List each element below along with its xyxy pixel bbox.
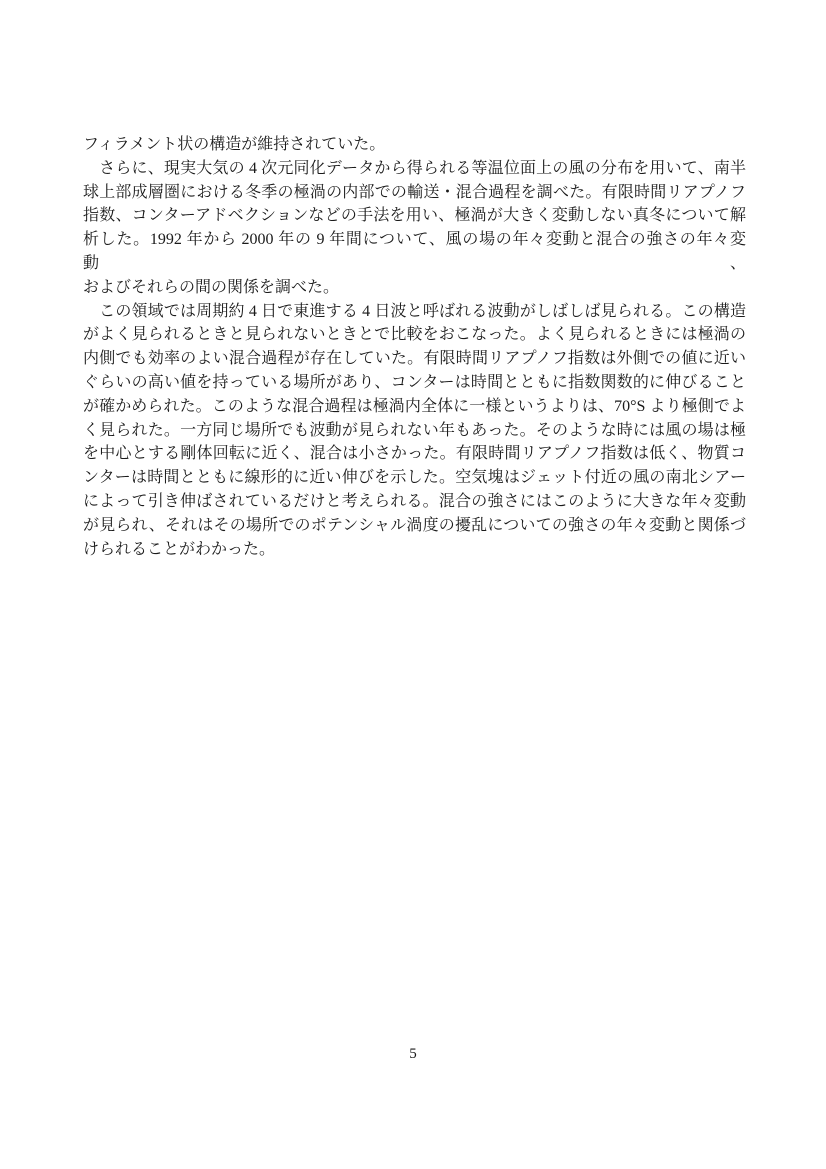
- text-line: 内側でも効率のよい混合過程が存在していた。有限時間リアプノフ指数は外側での値に近…: [83, 347, 746, 371]
- text-line: ンターは時間とともに線形的に近い伸びを示した。空気塊はジェット付近の風の南北シア…: [83, 466, 746, 490]
- page-number: 5: [0, 1044, 826, 1064]
- document-page: フィラメント状の構造が維持されていた。 さらに、現実大気の 4 次元同化データか…: [0, 0, 826, 1169]
- text-line: 球上部成層圏における冬季の極渦の内部での輸送・混合過程を調べた。有限時間リアプノ…: [83, 181, 746, 205]
- body-text: フィラメント状の構造が維持されていた。 さらに、現実大気の 4 次元同化データか…: [83, 133, 746, 561]
- text-line: けられることがわかった。: [83, 538, 746, 562]
- text-line: 指数、コンターアドベクションなどの手法を用い、極渦が大きく変動しない真冬について…: [83, 204, 746, 228]
- text-line: が見られ、それはその場所でのポテンシャル渦度の擾乱についての強さの年々変動と関係…: [83, 514, 746, 538]
- text-line: 析した。1992 年から 2000 年の 9 年間について、風の場の年々変動と混…: [83, 228, 746, 276]
- text-line: が確かめられた。このような混合過程は極渦内全体に一様というよりは、70°S より…: [83, 395, 746, 419]
- text-line: フィラメント状の構造が維持されていた。: [83, 133, 746, 157]
- text-line: さらに、現実大気の 4 次元同化データから得られる等温位面上の風の分布を用いて、…: [83, 157, 746, 181]
- text-line: およびそれらの間の関係を調べた。: [83, 276, 746, 300]
- text-line: く見られた。一方同じ場所でも波動が見られない年もあった。そのような時には風の場は…: [83, 419, 746, 443]
- text-line: によって引き伸ばされているだけと考えられる。混合の強さにはこのように大きな年々変…: [83, 490, 746, 514]
- text-line: この領域では周期約 4 日で東進する 4 日波と呼ばれる波動がしばしば見られる。…: [83, 300, 746, 324]
- text-line: ぐらいの高い値を持っている場所があり、コンターは時間とともに指数関数的に伸びるこ…: [83, 371, 746, 395]
- text-line: がよく見られるときと見られないときとで比較をおこなった。よく見られるときには極渦…: [83, 323, 746, 347]
- text-line: を中心とする剛体回転に近く、混合は小さかった。有限時間リアプノフ指数は低く、物質…: [83, 442, 746, 466]
